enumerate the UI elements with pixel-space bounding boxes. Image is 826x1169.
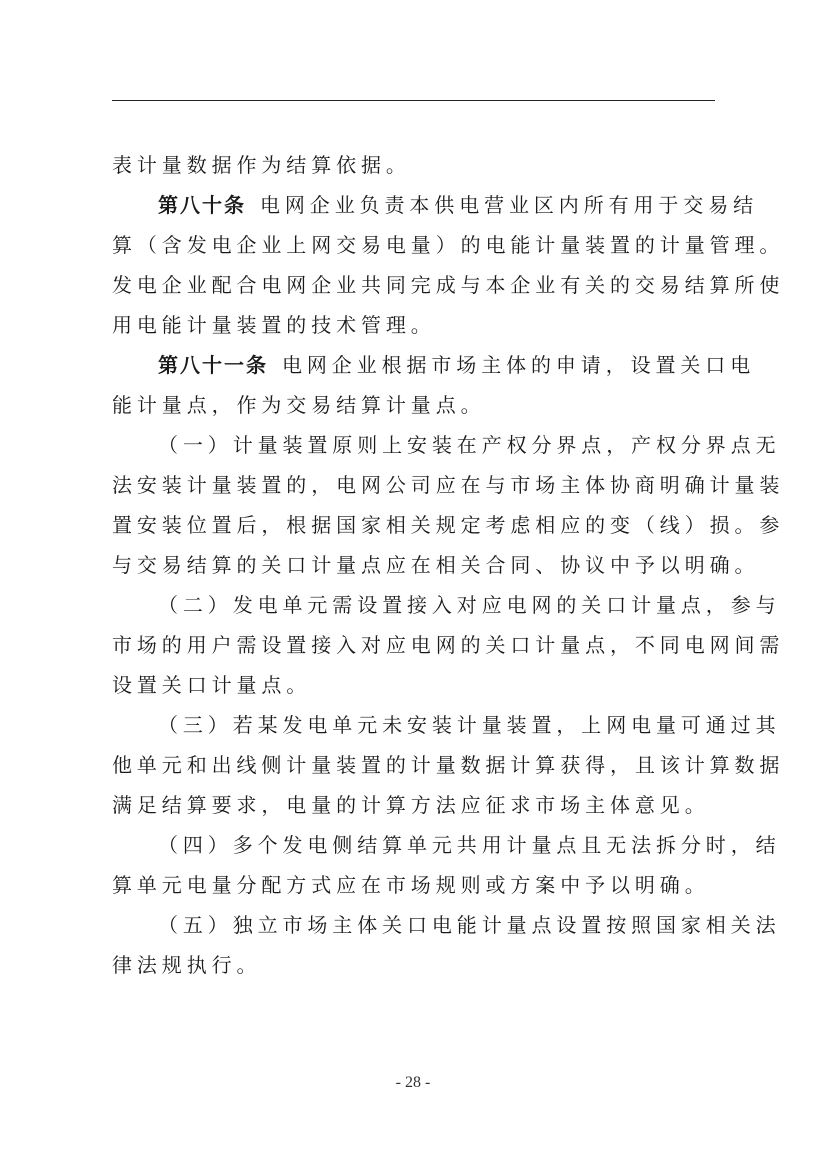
text-line: （三）若某发电单元未安装计量装置，上网电量可通过其 — [112, 705, 715, 745]
text-line: 满足结算要求，电量的计算方法应征求市场主体意见。 — [112, 785, 715, 825]
text-line: 市场的用户需设置接入对应电网的关口计量点，不同电网间需 — [112, 625, 715, 665]
paragraph-continuation: 表计量数据作为结算依据。 — [112, 145, 715, 185]
text-line: 发电企业配合电网企业共同完成与本企业有关的交易结算所使 — [112, 265, 715, 305]
document-body: 表计量数据作为结算依据。 第八十条电网企业负责本供电营业区内所有用于交易结 算（… — [112, 145, 715, 985]
text-line: 法安装计量装置的，电网公司应在与市场主体协商明确计量装 — [112, 465, 715, 505]
article-heading: 第八十一条 — [158, 353, 268, 377]
clause-4: （四）多个发电侧结算单元共用计量点且无法拆分时，结 算单元电量分配方式应在市场规… — [112, 825, 715, 905]
text-line: 用电能计量装置的技术管理。 — [112, 305, 715, 345]
text-line: 能计量点，作为交易结算计量点。 — [112, 385, 715, 425]
text-span: 电网企业负责本供电营业区内所有用于交易结 — [260, 193, 758, 217]
text-line: 律法规执行。 — [112, 945, 715, 985]
clause-5: （五）独立市场主体关口电能计量点设置按照国家相关法 律法规执行。 — [112, 905, 715, 985]
article-heading: 第八十条 — [158, 193, 246, 217]
page-number: - 28 - — [0, 1074, 826, 1092]
text-line: 表计量数据作为结算依据。 — [112, 145, 715, 185]
header-rule — [112, 100, 715, 101]
text-line: 他单元和出线侧计量装置的计量数据计算获得，且该计算数据 — [112, 745, 715, 785]
text-line: 第八十条电网企业负责本供电营业区内所有用于交易结 — [112, 185, 715, 225]
text-line: 设置关口计量点。 — [112, 665, 715, 705]
text-line: （五）独立市场主体关口电能计量点设置按照国家相关法 — [112, 905, 715, 945]
article-81: 第八十一条电网企业根据市场主体的申请，设置关口电 能计量点，作为交易结算计量点。 — [112, 345, 715, 425]
text-line: （二）发电单元需设置接入对应电网的关口计量点，参与 — [112, 585, 715, 625]
text-span: 电网企业根据市场主体的申请，设置关口电 — [282, 353, 755, 377]
text-line: （一）计量装置原则上安装在产权分界点，产权分界点无 — [112, 425, 715, 465]
text-line: 算（含发电企业上网交易电量）的电能计量装置的计量管理。 — [112, 225, 715, 265]
text-line: 第八十一条电网企业根据市场主体的申请，设置关口电 — [112, 345, 715, 385]
article-80: 第八十条电网企业负责本供电营业区内所有用于交易结 算（含发电企业上网交易电量）的… — [112, 185, 715, 345]
text-line: 与交易结算的关口计量点应在相关合同、协议中予以明确。 — [112, 545, 715, 585]
clause-1: （一）计量装置原则上安装在产权分界点，产权分界点无 法安装计量装置的，电网公司应… — [112, 425, 715, 585]
clause-2: （二）发电单元需设置接入对应电网的关口计量点，参与 市场的用户需设置接入对应电网… — [112, 585, 715, 705]
text-line: （四）多个发电侧结算单元共用计量点且无法拆分时，结 — [112, 825, 715, 865]
text-line: 置安装位置后，根据国家相关规定考虑相应的变（线）损。参 — [112, 505, 715, 545]
clause-3: （三）若某发电单元未安装计量装置，上网电量可通过其 他单元和出线侧计量装置的计量… — [112, 705, 715, 825]
text-line: 算单元电量分配方式应在市场规则或方案中予以明确。 — [112, 865, 715, 905]
